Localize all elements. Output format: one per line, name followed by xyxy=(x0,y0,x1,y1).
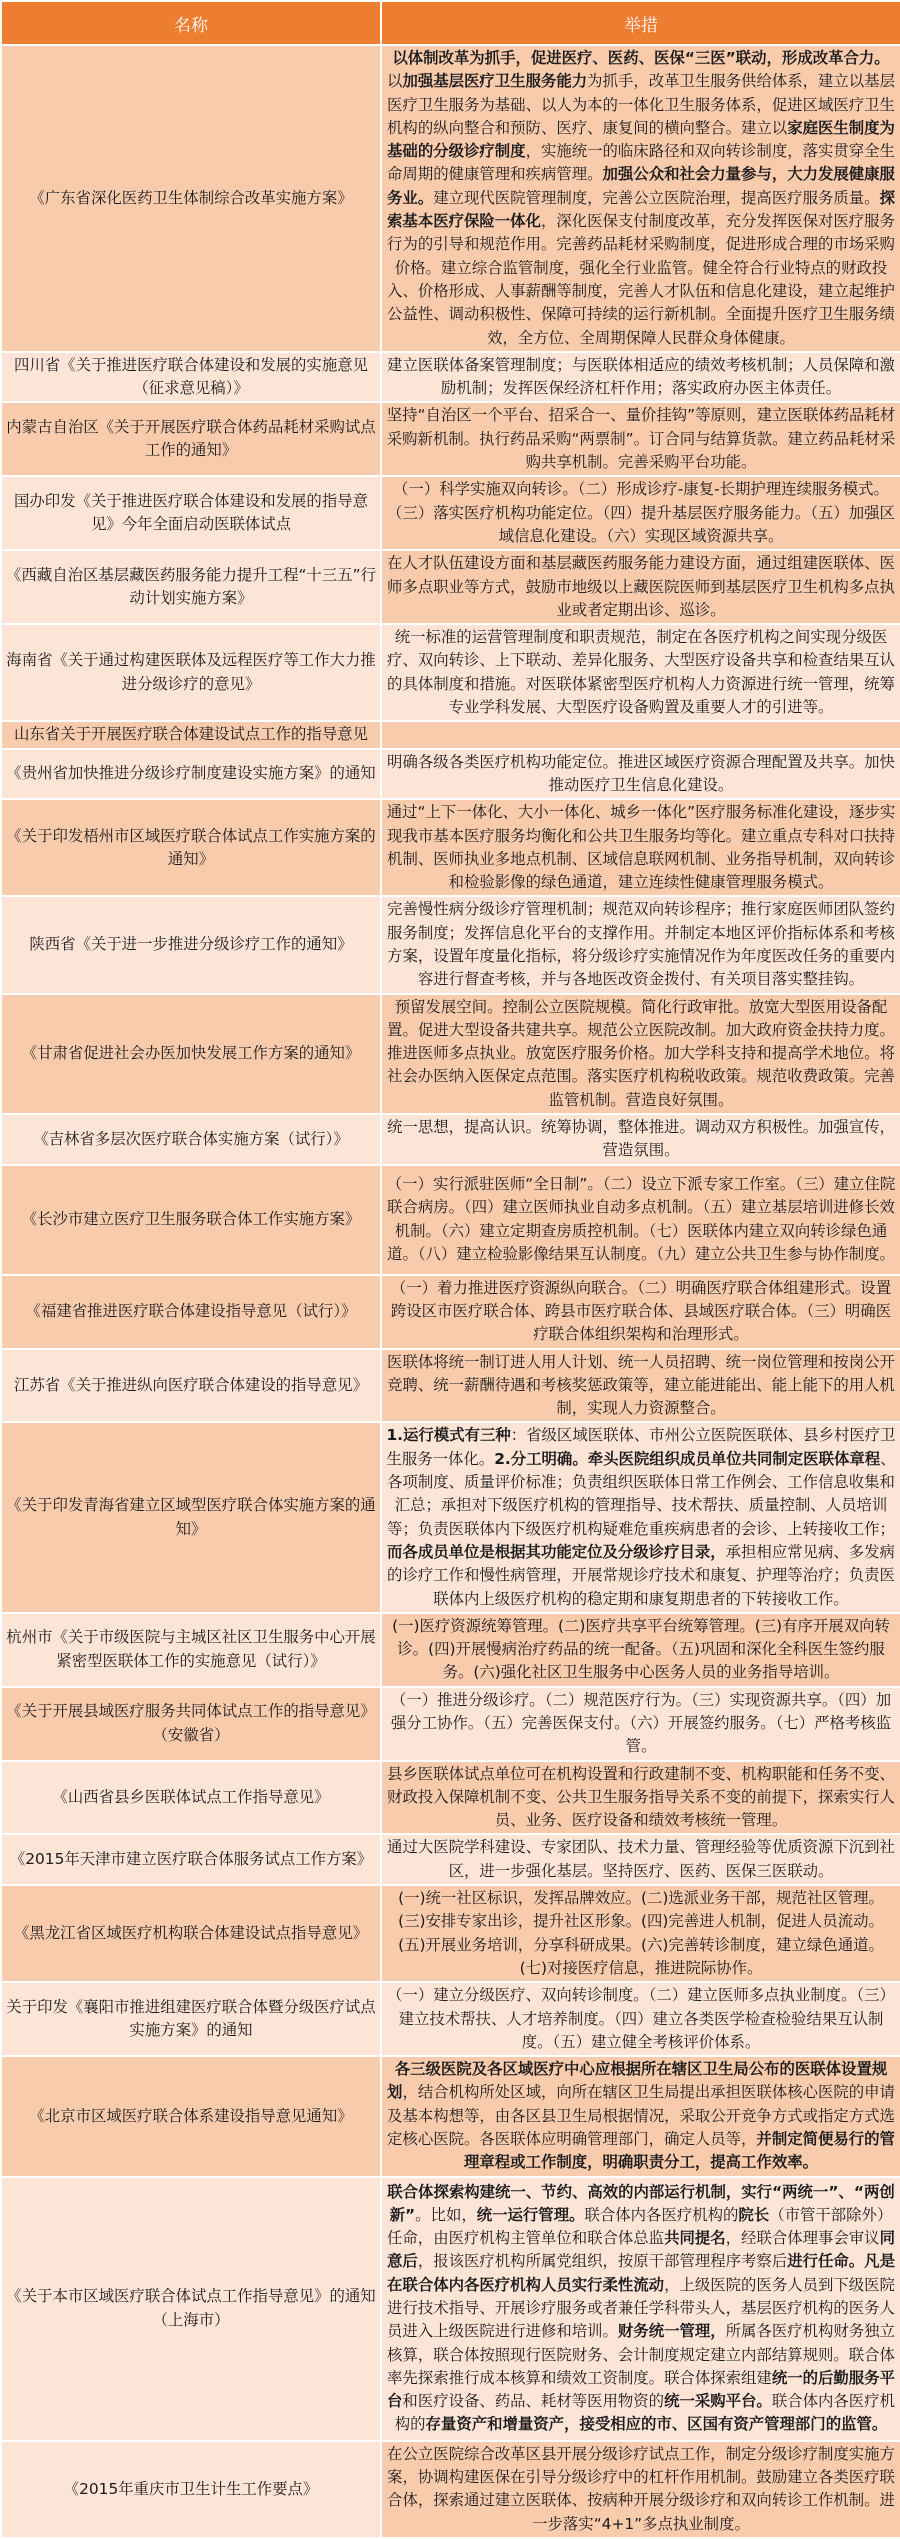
policy-name-cell: 《黑龙江省区域医疗机构联合体建设试点指导意见》 xyxy=(1,1885,381,1982)
policy-measures-cell: 1.运行模式有三种：省级区域医联体、市州公立医院医联体、县乡村医疗卫生服务一体化… xyxy=(381,1422,900,1612)
policy-name-cell: 关于印发《襄阳市推进组建医疗联合体暨分级医疗试点实施方案》的通知 xyxy=(1,1982,381,2056)
measure-text: 和医疗设备、药品、耗材等医用物资的 xyxy=(402,2392,664,2410)
policy-measures-cell: 统一思想，提高认识。统筹协调，整体推进。调动双方积极性。加强宣传，营造氛围。 xyxy=(381,1114,900,1165)
policy-measures-cell: 完善慢性病分级诊疗管理机制；规范双向转诊程序；推行家庭医师团队签约服务制度；发挥… xyxy=(381,896,900,993)
table-row: 《2015年天津市建立医疗联合体服务试点工作方案》通过大医院学科建设、专家团队、… xyxy=(1,1834,900,1885)
measure-text-bold: 存量资产和增量资产，接受相应的市、区国有资产管理部门的监管。 xyxy=(426,2415,888,2433)
policy-measures-cell: 坚持“自治区一个平台、招采合一、量价挂钩”等原则，建立医联体药品耗材采购新机制。… xyxy=(381,402,900,476)
measure-text: ，报该医疗机构所属党组织，按原干部管理程序考察后 xyxy=(418,2252,787,2270)
policy-name-cell: 陕西省《关于进一步推进分级诊疗工作的通知》 xyxy=(1,896,381,993)
measure-text: （一）科学实施双向转诊。（二）形成诊疗-康复-长期护理连续服务模式。（三）落实医… xyxy=(387,480,895,545)
policy-measures-cell: （一）建立分级医疗、双向转诊制度。（二）建立医师多点执业制度。（三）建立技术帮扶… xyxy=(381,1982,900,2056)
policy-name-cell: 《长沙市建立医疗卫生服务联合体工作实施方案》 xyxy=(1,1165,381,1275)
measure-text-bold: 2.分工明确。牵头医院组织成员单位共同制定医联体章程 xyxy=(494,1450,880,1468)
policy-name-cell: 《广东省深化医药卫生体制综合改革实施方案》 xyxy=(1,45,381,352)
table-row: 《甘肃省促进社会办医加快发展工作方案的通知》预留发展空间。控制公立医院规模。简化… xyxy=(1,994,900,1114)
measure-text-bold: 1.运行模式有三种 xyxy=(386,1426,510,1444)
measure-text: 统一思想，提高认识。统筹协调，整体推进。调动双方积极性。加强宣传，营造氛围。 xyxy=(387,1118,895,1159)
table-row: 国办印发《关于推进医疗联合体建设和发展的指导意见》今年全面启动医联体试点（一）科… xyxy=(1,476,900,550)
policy-name-cell: 国办印发《关于推进医疗联合体建设和发展的指导意见》今年全面启动医联体试点 xyxy=(1,476,381,550)
column-header-name: 名称 xyxy=(1,1,381,45)
policy-name-cell: 江苏省《关于推进纵向医疗联合体建设的指导意见》 xyxy=(1,1349,381,1423)
measure-text: ，经联合体理事会审议 xyxy=(726,2229,880,2247)
table-row: 《2015年重庆市卫生计生工作要点》在公立医院综合改革区县开展分级诊疗试点工作，… xyxy=(1,2441,900,2538)
measure-text: 预留发展空间。控制公立医院规模。简化行政审批。放宽大型医用设备配置。促进大型设备… xyxy=(387,998,895,1109)
measure-text: 完善慢性病分级诊疗管理机制；规范双向转诊程序；推行家庭医师团队签约服务制度；发挥… xyxy=(387,900,895,988)
measure-text: (一)医疗资源统筹管理。(二)医疗共享平台统筹管理。(三)有序开展双向转诊。(四… xyxy=(392,1617,890,1682)
policy-measures-cell: 以体制改革为抓手，促进医疗、医药、医保“三医”联动，形成改革合力。以加强基层医疗… xyxy=(381,45,900,352)
policy-name-cell: 《关于印发青海省建立区域型医疗联合体实施方案的通知》 xyxy=(1,1422,381,1612)
table-row: 《西藏自治区基层藏医药服务能力提升工程“十三五”行动计划实施方案》在人才队伍建设… xyxy=(1,550,900,624)
policy-measures-cell: 明确各级各类医疗机构功能定位。推进区域医疗资源合理配置及共享。加快推动医疗卫生信… xyxy=(381,749,900,800)
measure-text: (一)统一社区标识，发挥品牌效应。(二)选派业务干部，规范社区管理。(三)安排专… xyxy=(398,1889,884,1977)
measure-text-bold: 而各成员单位是根据其功能定位及分级诊疗目录， xyxy=(387,1543,726,1561)
policy-measures-cell: 医联体将统一制订进人用人计划、统一人员招聘、统一岗位管理和按岗公开竞聘、统一薪酬… xyxy=(381,1349,900,1423)
policy-measures-cell: 县乡医联体试点单位可在机构设置和行政建制不变、机构职能和任务不变、财政投入保障机… xyxy=(381,1761,900,1835)
policy-measures-cell: （一）实行派驻医师“全日制”。（二）设立下派专家工作室。（三）建立住院联合病房。… xyxy=(381,1165,900,1275)
policy-name-cell: 《关于印发梧州市区域医疗联合体试点工作实施方案的通知》 xyxy=(1,799,381,896)
policy-name-cell: 《贵州省加快推进分级诊疗制度建设实施方案》的通知 xyxy=(1,749,381,800)
measure-text: 明确各级各类医疗机构功能定位。推进区域医疗资源合理配置及共享。加快推动医疗卫生信… xyxy=(387,753,895,794)
policy-name-cell: 《甘肃省促进社会办医加快发展工作方案的通知》 xyxy=(1,994,381,1114)
policy-measures-cell: 通过大医院学科建设、专家团队、技术力量、管理经验等优质资源下沉到社区，进一步强化… xyxy=(381,1834,900,1885)
policy-name-cell: 《关于本市区域医疗联合体试点工作指导意见》的通知（上海市） xyxy=(1,2177,381,2441)
table-row: 《关于印发青海省建立区域型医疗联合体实施方案的通知》1.运行模式有三种：省级区域… xyxy=(1,1422,900,1612)
table-row: 关于印发《襄阳市推进组建医疗联合体暨分级医疗试点实施方案》的通知（一）建立分级医… xyxy=(1,1982,900,2056)
policy-name-cell: 海南省《关于通过构建医联体及远程医疗等工作大力推进分级诊疗的意见》 xyxy=(1,624,381,721)
policy-measures-cell: (一)统一社区标识，发挥品牌效应。(二)选派业务干部，规范社区管理。(三)安排专… xyxy=(381,1885,900,1982)
measure-text-bold: 共同提名 xyxy=(664,2229,726,2247)
policy-measures-cell: （一）着力推进医疗资源纵向联合。（二）明确医疗联合体组建形式。设置跨设区市医疗联… xyxy=(381,1275,900,1349)
policy-measures-cell xyxy=(381,721,900,748)
table-row: 四川省《关于推进医疗联合体建设和发展的实施意见（征求意见稿）》建立医联体备案管理… xyxy=(1,352,900,403)
policy-name-cell: 《关于开展县域医疗服务共同体试点工作的指导意见》（安徽省） xyxy=(1,1687,381,1761)
measure-text: ，深化医保支付制度改革，充分发挥医保对医疗服务行为的引导和规范作用。完善药品耗材… xyxy=(387,212,895,346)
measure-text: （一）建立分级医疗、双向转诊制度。（二）建立医师多点执业制度。（三）建立技术帮扶… xyxy=(387,1986,895,2051)
table-row: 《福建省推进医疗联合体建设指导意见（试行）》（一）着力推进医疗资源纵向联合。（二… xyxy=(1,1275,900,1349)
column-header-measures: 举措 xyxy=(381,1,900,45)
measure-text-bold: 财务统一管理， xyxy=(618,2322,726,2340)
table-row: 《关于本市区域医疗联合体试点工作指导意见》的通知（上海市）联合体探索构建统一、节… xyxy=(1,2177,900,2441)
table-row: 江苏省《关于推进纵向医疗联合体建设的指导意见》医联体将统一制订进人用人计划、统一… xyxy=(1,1349,900,1423)
measure-text: 医联体将统一制订进人用人计划、统一人员招聘、统一岗位管理和按岗公开竞聘、统一薪酬… xyxy=(387,1353,895,1418)
policy-name-cell: 《吉林省多层次医疗联合体实施方案（试行）》 xyxy=(1,1114,381,1165)
policy-table: 名称 举措 《广东省深化医药卫生体制综合改革实施方案》以体制改革为抓手，促进医疗… xyxy=(0,0,900,2539)
policy-measures-cell: 在公立医院综合改革区县开展分级诊疗试点工作，制定分级诊疗制度实施方案，协调构建医… xyxy=(381,2441,900,2538)
policy-name-cell: 《西藏自治区基层藏医药服务能力提升工程“十三五”行动计划实施方案》 xyxy=(1,550,381,624)
table-row: 山东省关于开展医疗联合体建设试点工作的指导意见 xyxy=(1,721,900,748)
policy-name-cell: 《福建省推进医疗联合体建设指导意见（试行）》 xyxy=(1,1275,381,1349)
measure-text: 联合体内各医疗机构的 xyxy=(584,2206,738,2224)
measure-text: 建立医联体备案管理制度；与医联体相适应的绩效考核机制；人员保障和激励机制；发挥医… xyxy=(387,356,895,397)
table-header-row: 名称 举措 xyxy=(1,1,900,45)
policy-measures-cell: 统一标准的运营管理制度和职责规范，制定在各医疗机构之间实现分级医疗、双向转诊、上… xyxy=(381,624,900,721)
measure-text: （一）着力推进医疗资源纵向联合。（二）明确医疗联合体组建形式。设置跨设区市医疗联… xyxy=(391,1279,891,1344)
table-row: 《吉林省多层次医疗联合体实施方案（试行）》统一思想，提高认识。统筹协调，整体推进… xyxy=(1,1114,900,1165)
policy-measures-cell: （一）推进分级诊疗。（二）规范医疗行为。（三）实现资源共享。（四）加强分工协作。… xyxy=(381,1687,900,1761)
measure-text-bold: 以体制改革为抓手，促进医疗、医药、医保“三医”联动，形成改革合力。 xyxy=(392,49,889,67)
table-body: 《广东省深化医药卫生体制综合改革实施方案》以体制改革为抓手，促进医疗、医药、医保… xyxy=(1,45,900,2538)
policy-name-cell: 杭州市《关于市级医院与主城区社区卫生服务中心开展紧密型医联体工作的实施意见（试行… xyxy=(1,1613,381,1687)
policy-measures-cell: 在人才队伍建设方面和基层藏医药服务能力建设方面，通过组建医联体、医师多点职业等方… xyxy=(381,550,900,624)
measure-text: （一）实行派驻医师“全日制”。（二）设立下派专家工作室。（三）建立住院联合病房。… xyxy=(387,1175,895,1263)
measure-text: 通过大医院学科建设、专家团队、技术力量、管理经验等优质资源下沉到社区，进一步强化… xyxy=(387,1838,895,1879)
measure-text: 在人才队伍建设方面和基层藏医药服务能力建设方面，通过组建医联体、医师多点职业等方… xyxy=(387,554,895,619)
measure-text: 县乡医联体试点单位可在机构设置和行政建制不变、机构职能和任务不变、财政投入保障机… xyxy=(387,1765,895,1830)
policy-measures-cell: 建立医联体备案管理制度；与医联体相适应的绩效考核机制；人员保障和激励机制；发挥医… xyxy=(381,352,900,403)
measure-text: 建立现代医院管理制度，完善公立医院治理，提高医疗服务质量。 xyxy=(433,189,879,207)
table-row: 《关于开展县域医疗服务共同体试点工作的指导意见》（安徽省）（一）推进分级诊疗。（… xyxy=(1,1687,900,1761)
measure-text: 以 xyxy=(387,72,402,90)
table-row: 《山西省县乡医联体试点工作指导意见》县乡医联体试点单位可在机构设置和行政建制不变… xyxy=(1,1761,900,1835)
table-row: 内蒙古自治区《关于开展医疗联合体药品耗材采购试点工作的通知》坚持“自治区一个平台… xyxy=(1,402,900,476)
measure-text-bold: 统一运行管理。 xyxy=(477,2206,585,2224)
table-row: 《北京市区域医疗联合体系建设指导意见通知》各三级医院及各区域医疗中心应根据所在辖… xyxy=(1,2056,900,2176)
policy-measures-cell: (一)医疗资源统筹管理。(二)医疗共享平台统筹管理。(三)有序开展双向转诊。(四… xyxy=(381,1613,900,1687)
policy-name-cell: 《北京市区域医疗联合体系建设指导意见通知》 xyxy=(1,2056,381,2176)
policy-name-cell: 《2015年天津市建立医疗联合体服务试点工作方案》 xyxy=(1,1834,381,1885)
measure-text: 在公立医院综合改革区县开展分级诊疗试点工作，制定分级诊疗制度实施方案，协调构建医… xyxy=(387,2445,895,2533)
measure-text: 。比如， xyxy=(415,2206,477,2224)
policy-measures-cell: 联合体探索构建统一、节约、高效的内部运行机制，实行“两统一”、“两创新”。比如，… xyxy=(381,2177,900,2441)
measure-text: （一）推进分级诊疗。（二）规范医疗行为。（三）实现资源共享。（四）加强分工协作。… xyxy=(391,1691,891,1756)
table-row: 《长沙市建立医疗卫生服务联合体工作实施方案》（一）实行派驻医师“全日制”。（二）… xyxy=(1,1165,900,1275)
policy-name-cell: 《山西省县乡医联体试点工作指导意见》 xyxy=(1,1761,381,1835)
policy-name-cell: 内蒙古自治区《关于开展医疗联合体药品耗材采购试点工作的通知》 xyxy=(1,402,381,476)
policy-name-cell: 四川省《关于推进医疗联合体建设和发展的实施意见（征求意见稿）》 xyxy=(1,352,381,403)
policy-name-cell: 《2015年重庆市卫生计生工作要点》 xyxy=(1,2441,381,2538)
measure-text-bold: 院长 xyxy=(738,2206,769,2224)
table-row: 《关于印发梧州市区域医疗联合体试点工作实施方案的通知》通过“上下一体化、大小一体… xyxy=(1,799,900,896)
table-row: 《黑龙江省区域医疗机构联合体建设试点指导意见》(一)统一社区标识，发挥品牌效应。… xyxy=(1,1885,900,1982)
policy-name-cell: 山东省关于开展医疗联合体建设试点工作的指导意见 xyxy=(1,721,381,748)
table-row: 陕西省《关于进一步推进分级诊疗工作的通知》完善慢性病分级诊疗管理机制；规范双向转… xyxy=(1,896,900,993)
policy-measures-cell: （一）科学实施双向转诊。（二）形成诊疗-康复-长期护理连续服务模式。（三）落实医… xyxy=(381,476,900,550)
table-row: 杭州市《关于市级医院与主城区社区卫生服务中心开展紧密型医联体工作的实施意见（试行… xyxy=(1,1613,900,1687)
measure-text-bold: 加强基层医疗卫生服务能力 xyxy=(402,72,587,90)
measure-text: 坚持“自治区一个平台、招采合一、量价挂钩”等原则，建立医联体药品耗材采购新机制。… xyxy=(387,406,895,471)
table-row: 《广东省深化医药卫生体制综合改革实施方案》以体制改革为抓手，促进医疗、医药、医保… xyxy=(1,45,900,352)
policy-measures-cell: 通过“上下一体化、大小一体化、城乡一体化”医疗服务标准化建设，逐步实现我市基本医… xyxy=(381,799,900,896)
table-row: 《贵州省加快推进分级诊疗制度建设实施方案》的通知明确各级各类医疗机构功能定位。推… xyxy=(1,749,900,800)
policy-measures-cell: 预留发展空间。控制公立医院规模。简化行政审批。放宽大型医用设备配置。促进大型设备… xyxy=(381,994,900,1114)
measure-text-bold: 统一采购平台。 xyxy=(664,2392,772,2410)
measure-text: 统一标准的运营管理制度和职责规范，制定在各医疗机构之间实现分级医疗、双向转诊、上… xyxy=(387,628,895,716)
measure-text: 通过“上下一体化、大小一体化、城乡一体化”医疗服务标准化建设，逐步实现我市基本医… xyxy=(387,803,895,891)
policy-measures-cell: 各三级医院及各区域医疗中心应根据所在辖区卫生局公布的医联体设置规划，结合机构所处… xyxy=(381,2056,900,2176)
table-row: 海南省《关于通过构建医联体及远程医疗等工作大力推进分级诊疗的意见》统一标准的运营… xyxy=(1,624,900,721)
